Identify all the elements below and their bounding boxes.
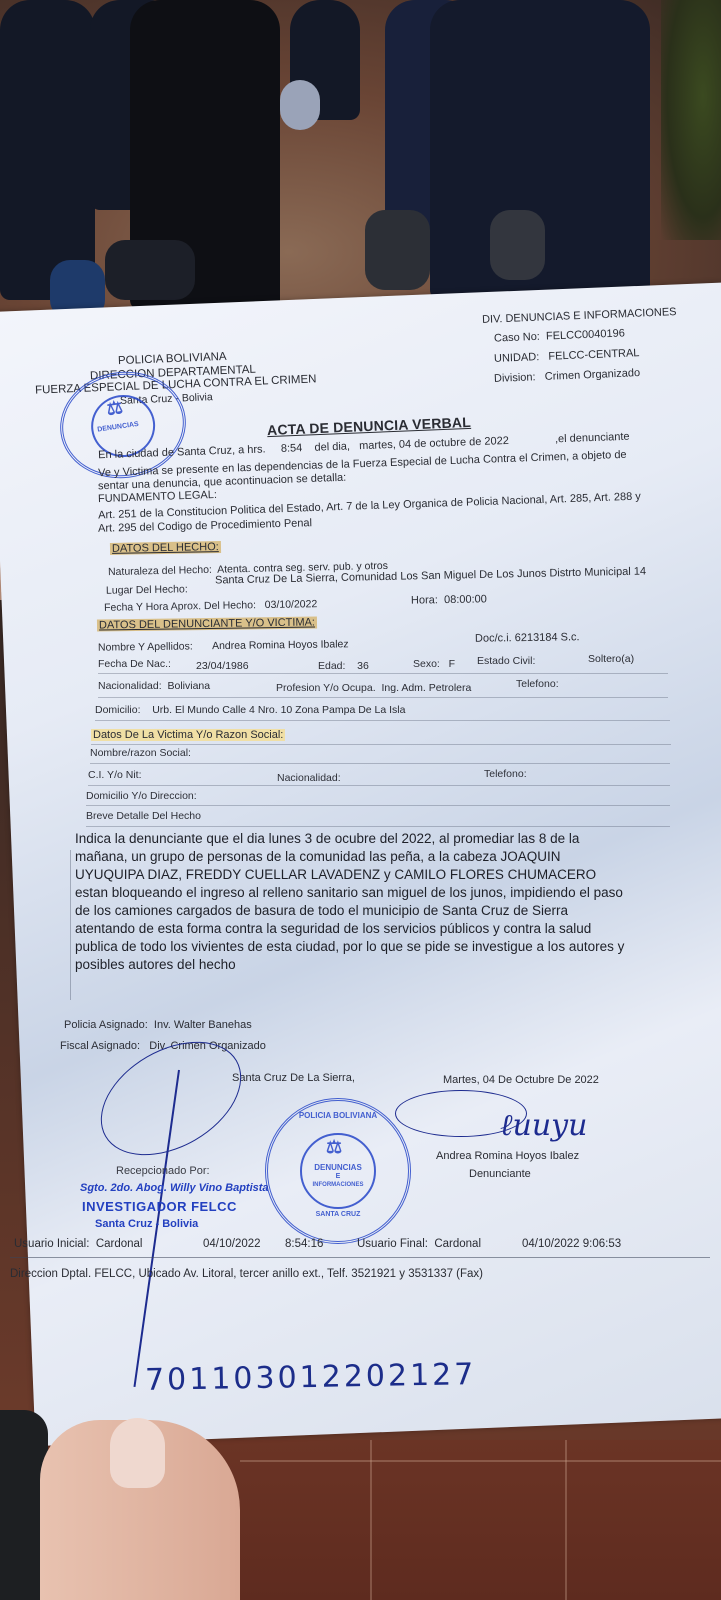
naturaleza-label: Naturaleza del Hecho: xyxy=(108,564,212,578)
denunciante-nombre: Andrea Romina Hoyos Ibalez xyxy=(436,1150,579,1162)
seal-text-e: E xyxy=(268,1173,408,1180)
victima-nombre-label: Nombre/razon Social: xyxy=(90,747,191,759)
nacionalidad-row: Nacionalidad: Boliviana xyxy=(98,680,210,692)
edad-row: Edad: 36 xyxy=(318,660,369,672)
unidad-label: UNIDAD: xyxy=(494,351,540,365)
unidad-value: FELCC-CENTRAL xyxy=(548,347,639,363)
nacionalidad-label: Nacionalidad: xyxy=(98,680,162,692)
usuario-final-row: Usuario Final: Cardonal xyxy=(357,1238,481,1250)
narrative-line: estan bloqueando el ingreso al relleno s… xyxy=(75,884,655,902)
sexo-label: Sexo: xyxy=(413,658,440,670)
profesion-row: Profesion Y/o Ocupa. Ing. Adm. Petrolera xyxy=(276,682,471,694)
fecha-row: Fecha Y Hora Aprox. Del Hecho: 03/10/202… xyxy=(104,598,317,614)
victima-domicilio-label: Domicilio Y/o Direccion: xyxy=(86,790,197,802)
firma-lugar: Santa Cruz De La Sierra, xyxy=(232,1072,355,1084)
edad-value: 36 xyxy=(357,660,369,672)
detalle-label: Breve Detalle Del Hecho xyxy=(86,810,201,822)
handwritten-number: 701103012202127 xyxy=(145,1357,477,1398)
policia-label: Policia Asignado: xyxy=(64,1019,148,1031)
detalle-narrative: Indica la denunciante que el dia lunes 3… xyxy=(75,830,655,974)
usuario-inicial-value: Cardonal xyxy=(96,1238,143,1250)
unidad-row: UNIDAD: FELCC-CENTRAL xyxy=(494,347,640,365)
firma-fecha: Martes, 04 De Octubre De 2022 xyxy=(443,1074,599,1086)
narrative-line: de los camiones cargados de basura de to… xyxy=(75,902,655,920)
nac-label: Fecha De Nac.: xyxy=(98,658,171,670)
hora-value: 08:00:00 xyxy=(444,593,487,606)
doc-value: 6213184 S.c. xyxy=(515,631,580,644)
section-datos-victima: Datos De La Victima Y/o Razon Social: xyxy=(91,729,285,741)
edad-label: Edad: xyxy=(318,660,345,672)
denunciante-rol: Denunciante xyxy=(469,1168,531,1180)
narrative-line: mañana, un grupo de personas de la comun… xyxy=(75,848,655,866)
hora-label: Hora: xyxy=(411,594,438,606)
nombre-value: Andrea Romina Hoyos Ibalez xyxy=(212,638,349,652)
officer-stamp-location: Santa Cruz - Bolivia xyxy=(95,1218,198,1230)
narrative-line: UYUQUIPA DIAZ, FREDDY CUELLAR LAVADENZ y… xyxy=(75,866,655,884)
officer-stamp-name: Sgto. 2do. Abog. Willy Vino Baptista xyxy=(80,1182,269,1194)
footer-address: Direccion Dptal. FELCC, Ubicado Av. Lito… xyxy=(10,1268,483,1280)
civil-label: Estado Civil: xyxy=(477,655,535,667)
nombre-row: Nombre Y Apellidos: Andrea Romina Hoyos … xyxy=(98,638,349,653)
division-row: Division: Crimen Organizado xyxy=(494,367,640,385)
usuario-final-label: Usuario Final: xyxy=(357,1238,428,1250)
seal-text-top: POLICIA BOLIVIANA xyxy=(268,1111,408,1120)
complainant-signature-scrawl: ℓuuyu xyxy=(500,1108,587,1143)
doc-label: Doc/c.i. xyxy=(475,632,512,645)
civil-value: Soltero(a) xyxy=(588,653,634,665)
division-value: Crimen Organizado xyxy=(545,367,641,383)
intro-time: 8:54 xyxy=(281,442,303,455)
seal-text-santa-cruz: SANTA CRUZ xyxy=(268,1211,408,1218)
usuario-final-value: Cardonal xyxy=(434,1238,481,1250)
narrative-line: posibles autores del hecho xyxy=(75,956,655,974)
fecha-value: 03/10/2022 xyxy=(265,598,318,611)
victima-nacionalidad-label: Nacionalidad: xyxy=(277,772,341,784)
caso-row: Caso No: FELCC0040196 xyxy=(494,327,625,344)
police-seal-center-icon: POLICIA BOLIVIANA ⚖ DENUNCIAS E INFORMAC… xyxy=(265,1098,411,1244)
victima-ci-label: C.I. Y/o Nit: xyxy=(88,769,142,781)
seal-text-denuncias: DENUNCIAS xyxy=(268,1163,408,1172)
domicilio-value: Urb. El Mundo Calle 4 Nro. 10 Zona Pampa… xyxy=(152,704,405,716)
division-label: Division: xyxy=(494,371,536,385)
seal-text-informaciones: INFORMACIONES xyxy=(268,1182,408,1188)
victima-telefono-label: Telefono: xyxy=(484,768,527,780)
usuario-inicial-row: Usuario Inicial: Cardonal xyxy=(14,1238,142,1250)
narrative-line: atentando de esta forma contra la seguri… xyxy=(75,920,655,938)
sexo-row: Sexo: F xyxy=(413,658,455,670)
intro-text-2: del dia, xyxy=(314,440,350,453)
domicilio-label: Domicilio: xyxy=(95,704,141,716)
nombre-label: Nombre Y Apellidos: xyxy=(98,640,193,653)
fingernail xyxy=(110,1418,165,1488)
sexo-value: F xyxy=(449,658,455,670)
fecha-label: Fecha Y Hora Aprox. Del Hecho: xyxy=(104,599,256,614)
caso-label: Caso No: xyxy=(494,331,540,345)
intro-date: martes, 04 de octubre de 2022 xyxy=(359,435,509,452)
lugar-label: Lugar Del Hecho: xyxy=(106,583,188,596)
doc-row: Doc/c.i. 6213184 S.c. xyxy=(475,631,580,644)
fiscal-label: Fiscal Asignado: xyxy=(60,1040,140,1052)
nac-value: 23/04/1986 xyxy=(196,660,249,672)
usuario-inicial-date: 04/10/2022 xyxy=(203,1238,261,1250)
hora-row: Hora: 08:00:00 xyxy=(411,593,487,606)
recepcionado-label: Recepcionado Por: xyxy=(116,1165,210,1177)
domicilio-row: Domicilio: Urb. El Mundo Calle 4 Nro. 10… xyxy=(95,704,405,716)
officer-stamp-title: INVESTIGADOR FELCC xyxy=(82,1199,237,1214)
section-datos-denunciante: DATOS DEL DENUNCIANTE Y/O VICTIMA: xyxy=(97,616,317,631)
profesion-label: Profesion Y/o Ocupa. xyxy=(276,682,376,694)
profesion-value: Ing. Adm. Petrolera xyxy=(381,682,471,694)
document-title: ACTA DE DENUNCIA VERBAL xyxy=(267,414,471,438)
division-title: DIV. DENUNCIAS E INFORMACIONES xyxy=(482,306,677,326)
intro-text-3: ,el denunciante xyxy=(555,431,630,446)
policia-row: Policia Asignado: Inv. Walter Banehas xyxy=(64,1019,252,1031)
narrative-line: publica de todo los vivientes de esta ci… xyxy=(75,938,655,956)
usuario-inicial-label: Usuario Inicial: xyxy=(14,1238,89,1250)
nacionalidad-value: Boliviana xyxy=(167,680,210,692)
section-datos-hecho: DATOS DEL HECHO: xyxy=(110,541,221,555)
usuario-final-datetime: 04/10/2022 9:06:53 xyxy=(522,1238,621,1250)
caso-value: FELCC0040196 xyxy=(546,327,625,342)
document-content: POLICIA BOLIVIANA DIRECCION DEPARTAMENTA… xyxy=(0,0,721,1600)
usuario-inicial-time: 8:54:16 xyxy=(285,1238,323,1250)
telefono-label: Telefono: xyxy=(516,678,559,690)
policia-value: Inv. Walter Banehas xyxy=(154,1019,252,1031)
narrative-line: Indica la denunciante que el dia lunes 3… xyxy=(75,830,655,848)
